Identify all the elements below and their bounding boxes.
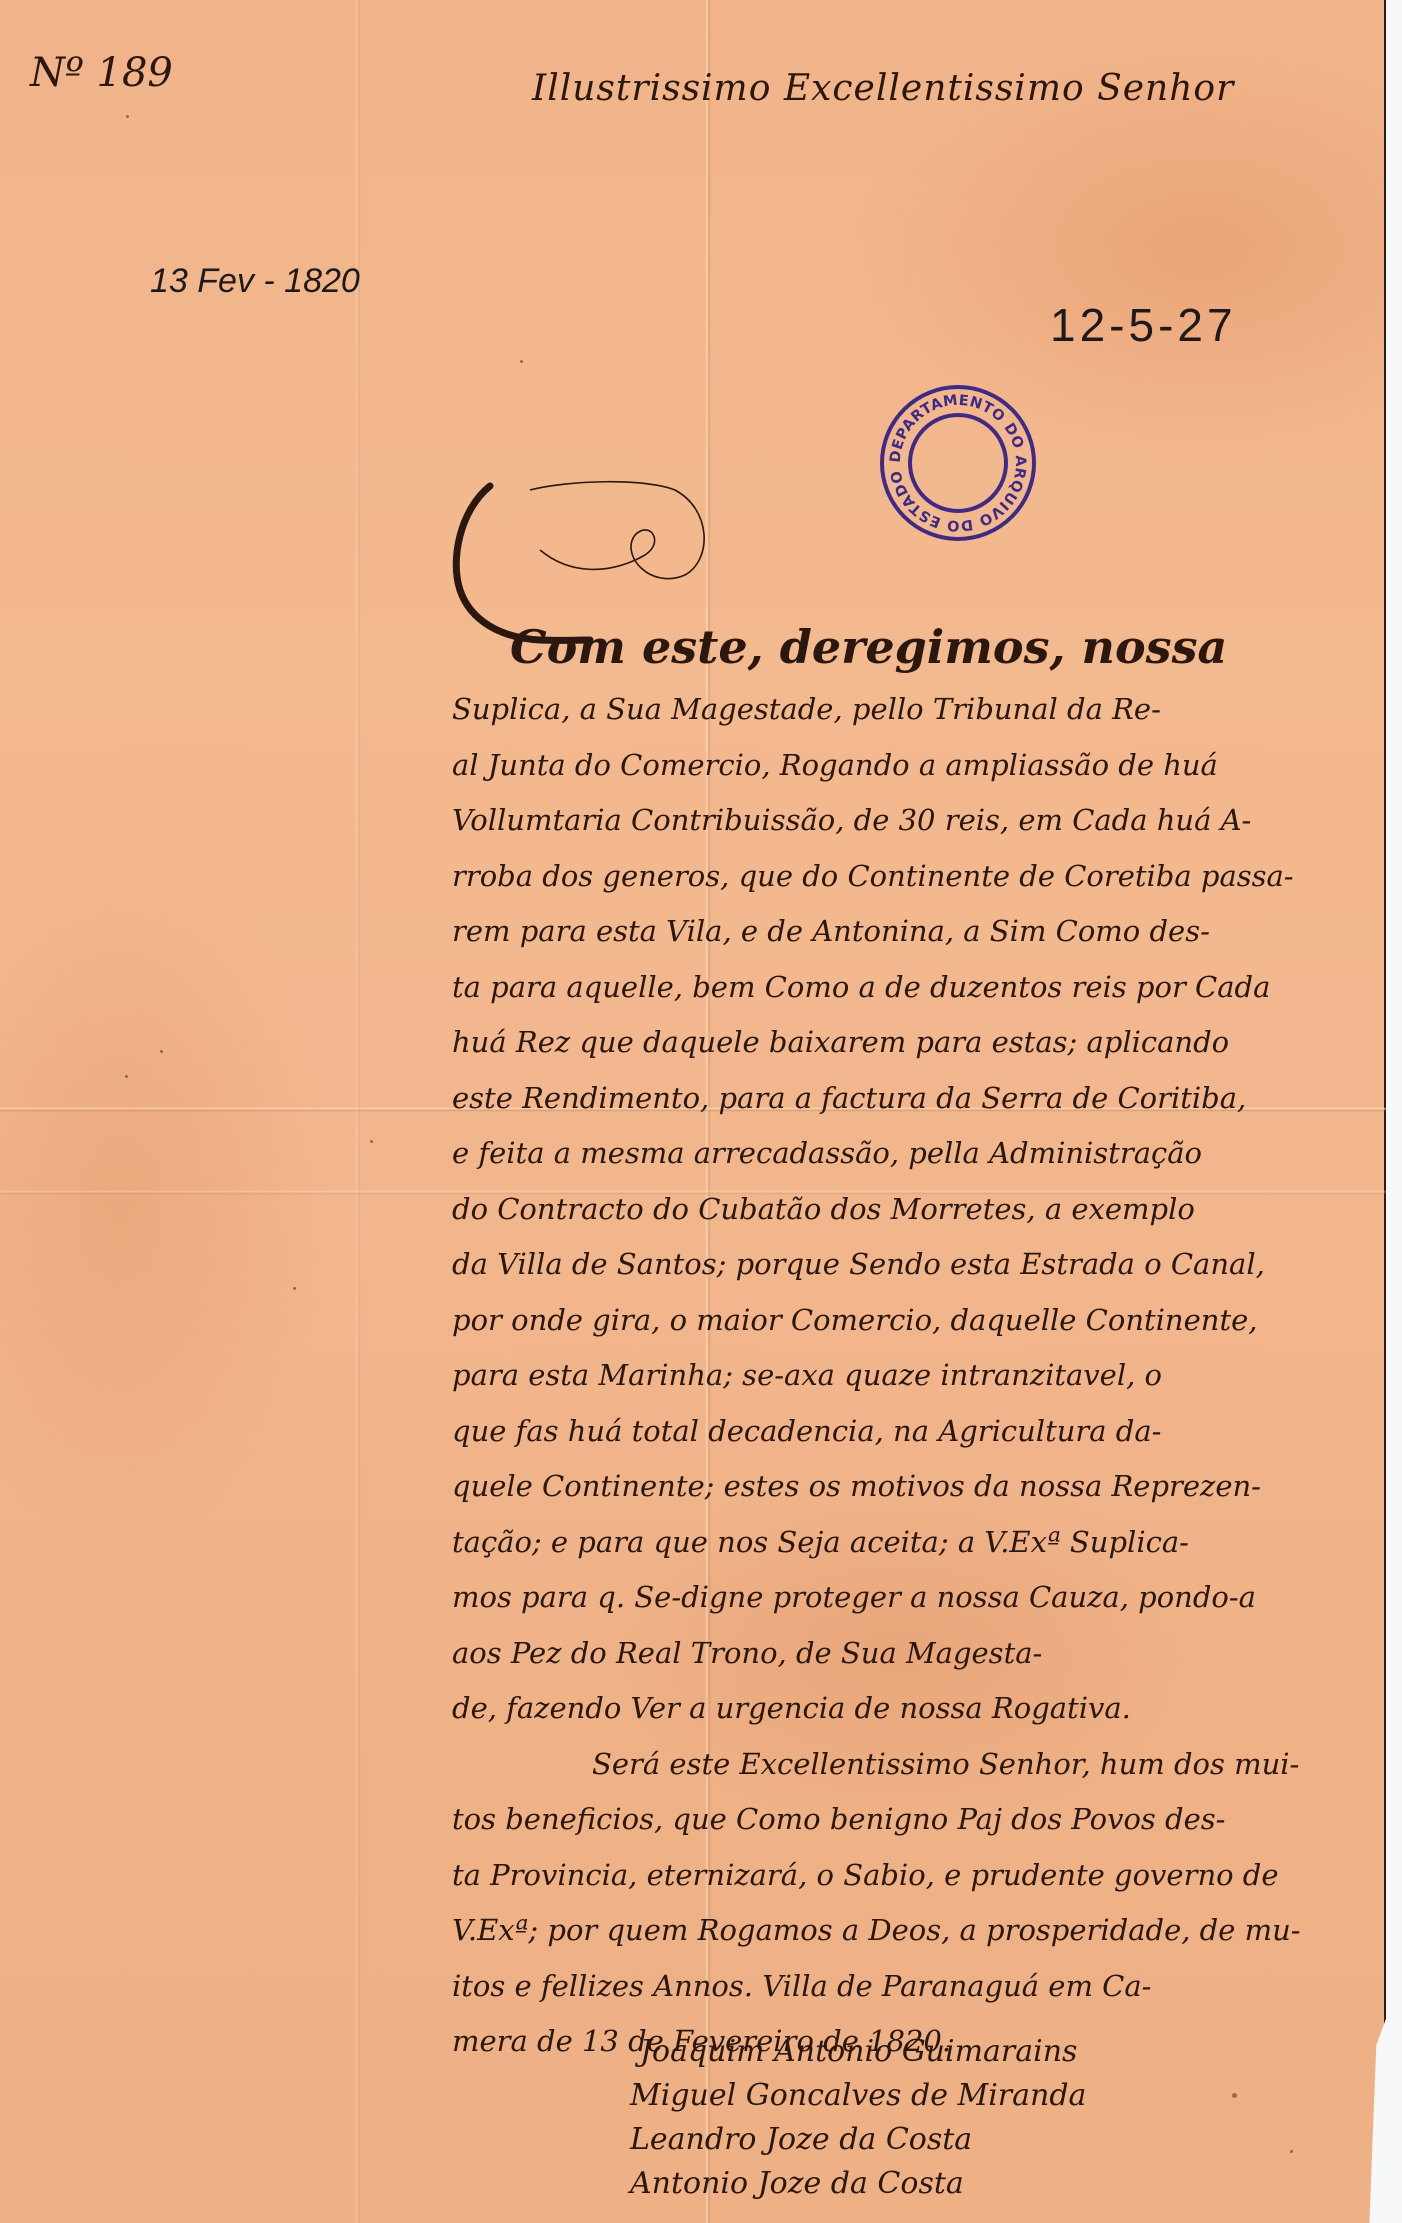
body-line: ta para aquelle, bem Como a de duzentos …: [452, 960, 1382, 1016]
signature-block: Joaquim Antonio Guimarains Miguel Goncal…: [630, 2030, 1086, 2206]
body-line: este Rendimento, para a factura da Serra…: [452, 1071, 1382, 1127]
body-line: rroba dos generos, que do Continente de …: [452, 849, 1382, 905]
body-line: de, fazendo Ver a urgencia de nossa Roga…: [452, 1681, 1382, 1737]
body-line: por onde gira, o maior Comercio, daquell…: [452, 1293, 1382, 1349]
pencil-date-note: 13 Fev - 1820: [150, 262, 360, 301]
body-line: al Junta do Comercio, Rogando a ampliass…: [452, 738, 1382, 794]
body-line: mos para q. Se-digne proteger a nossa Ca…: [452, 1570, 1382, 1626]
signature: Joaquim Antonio Guimarains: [630, 2030, 1086, 2074]
body-line: Suplica, a Sua Magestade, pello Tribunal…: [452, 682, 1382, 738]
body-line: aos Pez do Real Trono, de Sua Magesta-: [452, 1626, 1382, 1682]
body-line: huá Rez que daquele baixarem para estas;…: [452, 1015, 1382, 1071]
body-line: Com este, deregimos, nossa: [452, 612, 1382, 682]
letter-body: Com este, deregimos, nossa Suplica, a Su…: [452, 612, 1382, 2070]
body-line: ta Provincia, eternizará, o Sabio, e pru…: [452, 1848, 1382, 1904]
body-line: e feita a mesma arrecadassão, pella Admi…: [452, 1126, 1382, 1182]
body-line: itos e fellizes Annos. Villa de Paranagu…: [452, 1959, 1382, 2015]
body-line: para esta Marinha; se-axa quaze intranzi…: [452, 1348, 1382, 1404]
body-line: tação; e para que nos Seja aceita; a V.E…: [452, 1515, 1382, 1571]
body-line: tos beneficios, que Como benigno Paj dos…: [452, 1792, 1382, 1848]
signature: Leandro Joze da Costa: [630, 2118, 1086, 2162]
body-line: Será este Excellentissimo Senhor, hum do…: [452, 1737, 1382, 1793]
body-line: quele Continente; estes os motivos da no…: [452, 1459, 1382, 1515]
signature: Miguel Goncalves de Miranda: [630, 2074, 1086, 2118]
salutation-heading: Illustrissimo Excellentissimo Senhor: [532, 68, 1234, 109]
archive-stamp-icon: DEPARTAMENTO DO ARQUIVO DO ESTADO - S. P…: [878, 383, 1038, 543]
body-line: da Villa de Santos; porque Sendo esta Es…: [452, 1237, 1382, 1293]
archive-reference-number: 12-5-27: [1050, 298, 1237, 352]
body-line: rem para esta Vila, e de Antonina, a Sim…: [452, 904, 1382, 960]
body-line: do Contracto do Cubatão dos Morretes, a …: [452, 1182, 1382, 1238]
body-line: Vollumtaria Contribuissão, de 30 reis, e…: [452, 793, 1382, 849]
signature: Antonio Joze da Costa: [630, 2162, 1086, 2206]
body-line: que fas huá total decadencia, na Agricul…: [452, 1404, 1382, 1460]
body-line: V.Exª; por quem Rogamos a Deos, a prospe…: [452, 1903, 1382, 1959]
document-number: Nº 189: [30, 50, 173, 96]
